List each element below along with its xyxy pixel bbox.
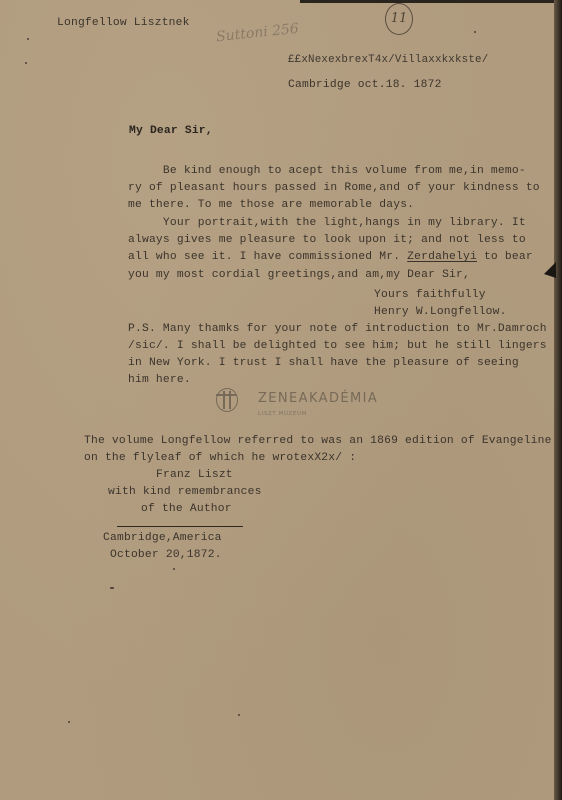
ps-line: in New York. I trust I shall have the pl… — [128, 358, 519, 369]
body-line: always gives me pleasure to look upon it… — [128, 235, 526, 246]
body-line: you my most cordial greetings,and am,my … — [128, 270, 470, 281]
body-line-start: all who see it. I have commissioned Mr. — [128, 251, 407, 263]
scan-edge-top — [300, 0, 562, 3]
note-line: The volume Longfellow referred to was an… — [84, 436, 552, 447]
paper-speck — [25, 62, 27, 64]
inscription-line: of the Author — [141, 504, 232, 515]
struck-line: ££xNexexbrexT4x/Villaxxkxkste/ — [288, 55, 488, 66]
signature: Henry W.Longfellow. — [374, 307, 507, 318]
header-label: Longfellow Lisztnek — [57, 18, 190, 29]
watermark-subtitle: LISZT MÚZEUM — [258, 411, 307, 417]
paper-speck — [474, 31, 476, 33]
closing: Yours faithfully — [374, 290, 486, 301]
paper-speck — [238, 714, 240, 716]
inscription-line: with kind remembrances — [108, 487, 262, 498]
scan-edge-notch — [544, 262, 556, 278]
zeneakademia-logo-icon — [216, 388, 238, 412]
body-line-end: to bear — [477, 251, 533, 263]
paper-speck — [110, 587, 114, 589]
watermark-title: ZENEAKADÉMIA — [258, 391, 378, 406]
ps-line: /sic/. I shall be delighted to see him; … — [128, 341, 547, 352]
inscription-date: October 20,1872. — [110, 550, 222, 561]
paper-speck — [68, 721, 70, 723]
watermark: ZENEAKADÉMIA LISZT MÚZEUM — [212, 386, 382, 426]
body-line: me there. To me those are memorable days… — [128, 200, 414, 211]
logo-bar — [216, 394, 236, 396]
scan-edge-right — [554, 0, 562, 800]
inscription-line: Franz Liszt — [156, 470, 233, 481]
body-line: Be kind enough to acept this volume from… — [128, 166, 526, 177]
ps-line: P.S. Many thamks for your note of introd… — [128, 324, 547, 335]
ps-line: him here. — [128, 375, 191, 386]
document-page: Longfellow Lisztnek Suttoni 256 11 ££xNe… — [0, 0, 554, 800]
folio-number: 11 — [385, 3, 413, 35]
place-date: Cambridge oct.18. 1872 — [288, 80, 442, 91]
underlined-name: Zerdahelyi — [407, 251, 477, 263]
paper-speck — [27, 38, 29, 40]
inscription-place: Cambridge,America — [103, 533, 222, 544]
body-line: Your portrait,with the light,hangs in my… — [128, 218, 526, 229]
salutation: My Dear Sir, — [129, 126, 213, 137]
body-line: ry of pleasant hours passed in Rome,and … — [128, 183, 540, 194]
divider-rule — [117, 526, 243, 527]
pencil-note: Suttoni 256 — [215, 21, 299, 46]
body-line: all who see it. I have commissioned Mr. … — [128, 252, 533, 263]
note-line: on the flyleaf of which he wrotexX2x/ : — [84, 453, 356, 464]
paper-speck — [173, 568, 175, 570]
